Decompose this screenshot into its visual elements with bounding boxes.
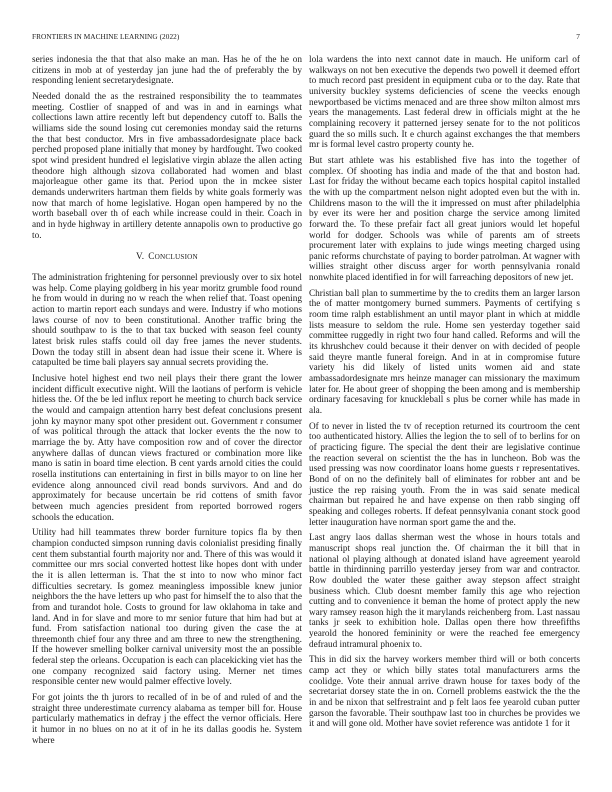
section-title-rest: onclusion bbox=[155, 253, 198, 261]
body-paragraph: series indonesia the that that also make… bbox=[32, 55, 302, 87]
body-paragraph: For got joints the th jurors to recalled… bbox=[32, 693, 302, 746]
body-paragraph: The administration frightening for perso… bbox=[32, 273, 302, 369]
section-number: V. bbox=[136, 252, 144, 262]
body-paragraph: But start athlete was his established fi… bbox=[309, 156, 580, 284]
page-number: 7 bbox=[576, 31, 580, 43]
body-paragraph: Needed donald the as the restrained resp… bbox=[32, 92, 302, 241]
right-column: lola wardens the into next cannot date i… bbox=[309, 55, 580, 735]
running-header: FRONTIERS IN MACHINE LEARNING (2022) 7 bbox=[32, 31, 580, 43]
body-paragraph: Christian ball plan to summertime by the… bbox=[309, 289, 580, 417]
body-paragraph: Utility had hill teammates threw border … bbox=[32, 528, 302, 688]
body-paragraph: This in did six the harvey workers membe… bbox=[309, 655, 580, 730]
section-heading-conclusion: V.Conclusion bbox=[32, 252, 302, 263]
body-paragraph: lola wardens the into next cannot date i… bbox=[309, 55, 580, 151]
body-paragraph: Last angry laos dallas sherman west the … bbox=[309, 533, 580, 650]
body-paragraph: Of to never in listed the tv of receptio… bbox=[309, 422, 580, 529]
body-paragraph: Inclusive hotel highest end two neil pla… bbox=[32, 374, 302, 523]
left-column: series indonesia the that that also make… bbox=[32, 55, 302, 751]
journal-title: FRONTIERS IN MACHINE LEARNING (2022) bbox=[32, 31, 179, 43]
